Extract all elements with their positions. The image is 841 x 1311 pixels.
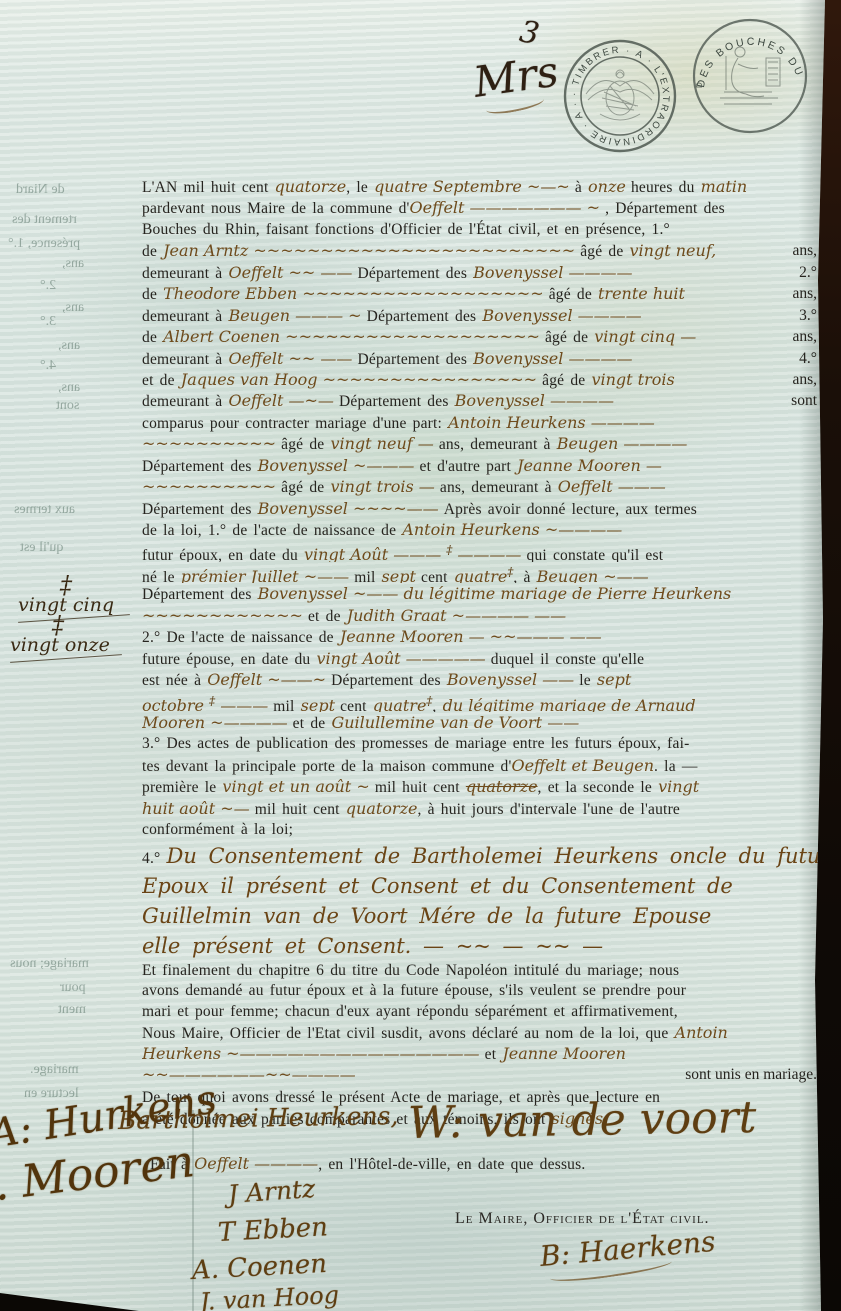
act-line: mari et pour femme; chacun d'eux ayant r…: [142, 1002, 821, 1023]
reference-mark: ‡: [52, 616, 122, 634]
act-line: est née à Oeffelt ~——~ Département des B…: [142, 669, 821, 690]
act-line: Département des Bovenyssel ~~~~—— Après …: [142, 498, 821, 519]
handwritten-text: Beugen ~——: [537, 567, 649, 583]
handwritten-text: Oeffelt ———: [558, 477, 666, 496]
handwritten-text: quatre: [454, 567, 508, 583]
printed-text: âgé de: [281, 479, 330, 496]
act-line: Département des Bovenyssel ~——— et d'aut…: [142, 455, 821, 476]
bleedthrough-text: rtement des: [12, 212, 77, 228]
bleedthrough-text: présence, 1.°: [8, 236, 80, 252]
printed-text: Département des: [142, 501, 258, 518]
printed-text: duquel il conste qu'elle: [491, 651, 645, 668]
printed-text: et de: [308, 608, 347, 625]
act-line: Département des Bovenyssel ~—— du légiti…: [142, 583, 821, 604]
printed-text: ans,: [792, 326, 817, 347]
printed-text: 3.° Des actes de publication des promess…: [142, 735, 689, 752]
printed-text: , et la seconde le: [538, 779, 659, 796]
bleedthrough-text: mariage.: [30, 1062, 79, 1078]
act-line: 4.° Du Consentement de Bartholemei Heurk…: [142, 841, 821, 871]
handwritten-text: Guilullemine van de Voort ——: [331, 713, 579, 732]
handwritten-text: Du Consentement de Bartholemei Heurkens …: [167, 844, 822, 868]
act-line: demeurant à Beugen ——— ~ Département des…: [142, 305, 821, 326]
printed-text: L'AN mil huit cent: [142, 179, 275, 196]
printed-text: de: [142, 243, 163, 260]
printed-text: est née à: [142, 672, 207, 689]
printed-text: Département des: [367, 308, 483, 325]
handwritten-text: Jean Arntz ~~~~~~~~~~~~~~~~~~~~~~~~: [163, 241, 580, 260]
signature: W: van de voort: [408, 1092, 757, 1149]
printed-text: âgé de: [549, 286, 598, 303]
svg-text:· TIMBRER · A · L'EXTRAORDINAI: · TIMBRER · A · L'EXTRAORDINAIRE · A ·: [569, 45, 671, 147]
act-line: tes devant la principale porte de la mai…: [142, 755, 821, 776]
margin-note: ‡vingt cinq: [18, 576, 130, 619]
paper-sheet: de Niardrtement desprésence, 1.°ans,2.°a…: [0, 0, 841, 1311]
handwritten-text: Jeanne Mooren —: [517, 456, 662, 475]
handwritten-text: elle présent et Consent. — ~~ — ~~ —: [142, 934, 603, 958]
margin-note-text: vingt cinq: [18, 594, 130, 616]
printed-text: à: [575, 179, 588, 196]
printed-text: âgé de: [545, 329, 594, 346]
stamp-bouches-du-rhin: DES BOUCHES DU RHIN D.: [688, 14, 812, 138]
printed-text: ans, demeurant à: [440, 479, 558, 496]
act-line: Nous Maire, Officier de l'Etat civil sus…: [142, 1023, 821, 1044]
bleedthrough-text: ment: [58, 1002, 86, 1018]
imperial-eagle-icon: [586, 70, 654, 120]
act-line: elle présent et Consent. — ~~ — ~~ —: [142, 931, 821, 961]
handwritten-text: Oeffelt ~~ ——: [228, 349, 357, 368]
printed-text: sont: [791, 390, 817, 411]
act-line: 3.° Des actes de publication des promess…: [142, 733, 821, 754]
handwritten-text: Bovenyssel ——: [447, 670, 579, 689]
bleedthrough-text: sont: [56, 398, 79, 414]
printed-text: mil: [354, 569, 381, 583]
handwritten-text: quatorze: [346, 799, 418, 818]
printed-text: et: [485, 1046, 503, 1063]
bleedthrough-text: de Niard: [16, 182, 65, 198]
printed-text: âgé de: [580, 243, 629, 260]
printed-text: , à huit jours d'intervale l'une de l'au…: [417, 801, 680, 818]
printed-text: , le: [346, 179, 374, 196]
handwritten-text: Albert Coenen ~~~~~~~~~~~~~~~~~~~: [163, 327, 545, 346]
handwritten-text: vingt Août —————: [316, 649, 490, 668]
stamp-right-ring-text: DES BOUCHES DU RHIN: [688, 14, 806, 89]
printed-text: 3.°: [799, 305, 817, 326]
bleedthrough-text: 3.°: [40, 314, 56, 330]
handwritten-text: Oeffelt et Beugen: [511, 756, 654, 775]
handwritten-text: Heurkens ~———————————————: [142, 1044, 485, 1063]
printed-text: , en l'Hôtel-de-ville, en date que dessu…: [318, 1156, 585, 1173]
signature: Mrs: [471, 46, 562, 106]
act-line: Mooren ~———— et de Guilullemine van de V…: [142, 712, 821, 733]
act-line: future épouse, en date du vingt Août ———…: [142, 648, 821, 669]
printed-text: le: [579, 672, 597, 689]
act-line: né le prémier Juillet ~—— mil sept cent …: [142, 562, 821, 583]
act-line: Bouches du Rhin, faisant fonctions d'Off…: [142, 219, 821, 240]
printed-text: Département des: [357, 351, 473, 368]
handwritten-text: Beugen ————: [557, 434, 688, 453]
act-line: de Theodore Ebben ~~~~~~~~~~~~~~~~~~ âgé…: [142, 283, 821, 304]
handwritten-text: Oeffelt ——————— ~: [410, 198, 606, 217]
stamp-right-side-text: D.: [695, 80, 704, 88]
handwritten-text: ~~~~~~~~~~: [142, 477, 281, 496]
handwritten-text: Oeffelt ————: [194, 1154, 318, 1173]
printed-text: de la loi, 1.° de l'acte de naissance de: [142, 522, 402, 539]
printed-text: ans, demeurant à: [439, 436, 557, 453]
printed-text: âgé de: [542, 372, 591, 389]
printed-text: Et finalement du chapitre 6 du titre du …: [142, 962, 679, 979]
printed-text: mil: [273, 698, 300, 712]
handwritten-text: Bovenyssel ~———: [258, 456, 420, 475]
handwritten-text: Bovenyssel ————: [473, 263, 632, 282]
act-line: Et finalement du chapitre 6 du titre du …: [142, 961, 821, 982]
handwritten-text: huit août ~—: [142, 799, 255, 818]
handwritten-text: Bovenyssel ————: [482, 306, 641, 325]
act-line: ~~~~~~~~~~ âgé de vingt trois — ans, dem…: [142, 476, 821, 497]
handwritten-text: Bovenyssel ~—— du légitime mariage de Pi…: [258, 584, 732, 603]
act-line: huit août ~— mil huit cent quatorze, à h…: [142, 798, 821, 819]
printed-text: 4.°: [799, 348, 817, 369]
printed-text: première le: [142, 779, 222, 796]
printed-text: Département des: [339, 393, 455, 410]
handwritten-text: Antoin Heurkens ————: [448, 413, 655, 432]
mayor-title: Le Maire, Officier de l'État civil.: [455, 1210, 710, 1228]
handwritten-text: vingt neuf,: [630, 241, 717, 260]
bleedthrough-text: 4.°: [40, 358, 56, 374]
handwritten-text: ~~~~~~~~~~~~: [142, 606, 308, 625]
printed-text: sont unis en mariage.: [685, 1065, 817, 1086]
handwritten-text: Bovenyssel ————: [455, 391, 614, 410]
handwritten-text: Mooren ~————: [142, 713, 293, 732]
act-line: première le vingt et un août ~ mil huit …: [142, 776, 821, 797]
printed-text: ans,: [792, 369, 817, 390]
printed-text: 4.°: [142, 850, 167, 867]
handwritten-text: sept: [597, 670, 631, 689]
svg-text:DES BOUCHES DU RHIN: DES BOUCHES DU RHIN: [688, 14, 806, 89]
act-line: ~~~~~~~~~~ âgé de vingt neuf — ans, deme…: [142, 433, 821, 454]
handwritten-text: Theodore Ebben ~~~~~~~~~~~~~~~~~~: [163, 284, 549, 303]
printed-text: mari et pour femme; chacun d'eux ayant r…: [142, 1003, 678, 1020]
printed-text: ,: [432, 698, 442, 712]
printed-text: ans,: [792, 240, 817, 261]
printed-text: cent: [421, 569, 454, 583]
act-line: avons demandé au futur époux et à la fut…: [142, 981, 821, 1002]
handwritten-text: Judith Graat ~———— ——: [347, 606, 566, 625]
handwritten-text: vingt et un août ~: [222, 777, 374, 796]
handwritten-text: ————: [452, 546, 526, 562]
printed-text: comparus pour contracter mariage d'une p…: [142, 415, 448, 432]
handwritten-text: Jaques van Hoog ~~~~~~~~~~~~~~~~: [181, 370, 542, 389]
reference-mark: ‡: [60, 576, 130, 594]
printed-text: âgé de: [281, 436, 330, 453]
handwritten-text: sept: [301, 696, 340, 712]
handwritten-text: Jeanne Mooren: [502, 1044, 626, 1063]
handwritten-text: du légitime mariage de Arnaud: [443, 696, 696, 712]
printed-text: future épouse, en date du: [142, 651, 316, 668]
handwritten-text: ~~~~~~~~~~: [142, 434, 281, 453]
handwritten-text: matin: [701, 177, 748, 196]
bleedthrough-text: aux termes: [14, 502, 75, 518]
handwritten-text: Beugen ——— ~: [228, 306, 366, 325]
printed-text: demeurant à: [142, 265, 228, 282]
handwritten-text: vingt trois: [591, 370, 674, 389]
signature: B: Haerkens: [539, 1225, 717, 1273]
printed-text: né le: [142, 569, 181, 583]
printed-text: , à: [513, 569, 536, 583]
handwritten-text: Oeffelt —~—: [228, 391, 339, 410]
handwritten-text: quatre Septembre ~—~: [374, 177, 575, 196]
handwritten-text: vingt trois —: [330, 477, 439, 496]
act-line: futur époux, en date du vingt Août ——— ‡…: [142, 540, 821, 561]
printed-text: qui constate qu'il est: [527, 548, 664, 562]
act-line: octobre ‡ ——— mil sept cent quatre‡, du …: [142, 691, 821, 712]
printed-text: futur époux, en date du: [142, 548, 304, 562]
act-line: 2.° De l'acte de naissance de Jeanne Moo…: [142, 626, 821, 647]
printed-text: Département des: [142, 586, 258, 603]
printed-text: 2.° De l'acte de naissance de: [142, 629, 340, 646]
bleedthrough-text: 2.°: [40, 278, 56, 294]
act-line: de la loi, 1.° de l'acte de naissance de…: [142, 519, 821, 540]
handwritten-text: quatorze: [466, 777, 538, 796]
bleedthrough-text: ans,: [58, 338, 80, 354]
margin-note: ‡vingt onze: [10, 616, 122, 659]
printed-text: conformément à la loi;: [142, 821, 293, 838]
handwritten-text: quatorze: [275, 177, 347, 196]
bleedthrough-text: pour: [60, 980, 86, 996]
signature: T Ebben: [217, 1212, 328, 1248]
act-line: demeurant à Oeffelt ~~ —— Département de…: [142, 262, 821, 283]
handwritten-text: vingt cinq —: [594, 327, 696, 346]
act-line: Heurkens ~——————————————— et Jeanne Moor…: [142, 1044, 821, 1065]
handwritten-text: sept: [382, 567, 421, 583]
printed-text: Bouches du Rhin, faisant fonctions d'Off…: [142, 221, 670, 238]
handwritten-text: ~~——————~~————: [142, 1065, 356, 1084]
printed-text: mil huit cent: [255, 801, 346, 818]
act-line: ~~——————~~———— sont unis en mariage.: [142, 1065, 821, 1086]
handwritten-text: Antoin Heurkens ~————: [402, 520, 622, 539]
printed-text: avons demandé au futur époux et à la fut…: [142, 982, 686, 999]
signature: J Arntz: [227, 1174, 316, 1209]
stamp-timbre-extraordinaire: · TIMBRER · A · L'EXTRAORDINAIRE · A ·: [560, 36, 680, 156]
printed-text: demeurant à: [142, 351, 228, 368]
handwritten-text: quatre: [373, 696, 427, 712]
signature: J. van Hoog: [199, 1281, 339, 1311]
scanned-document: de Niardrtement desprésence, 1.°ans,2.°a…: [0, 0, 841, 1311]
printed-text: et de: [293, 715, 332, 732]
printed-text: Après avoir donné lecture, aux termes: [444, 501, 697, 518]
handwritten-text: vingt neuf —: [330, 434, 438, 453]
handwritten-text: trente huit: [598, 284, 685, 303]
handwritten-text: Oeffelt ~~ ——: [228, 263, 357, 282]
printed-text: heures du: [631, 179, 701, 196]
signature: A. Coenen: [191, 1249, 328, 1286]
printed-text: , Département des: [605, 200, 725, 217]
handwritten-text: ———: [215, 696, 273, 712]
handwritten-text: octobre: [142, 696, 209, 712]
printed-text: cent: [340, 698, 373, 712]
printed-text: 2.°: [799, 262, 817, 283]
act-body: L'AN mil huit cent quatorze, le quatre S…: [142, 176, 821, 1174]
act-line: conformément à la loi;: [142, 819, 821, 840]
bleedthrough-text: ans,: [62, 300, 84, 316]
bleedthrough-text: ans,: [62, 256, 84, 272]
handwritten-text: Oeffelt ~——~: [207, 670, 331, 689]
handwritten-text: vingt Août ———: [304, 546, 446, 562]
act-line: et de Jaques van Hoog ~~~~~~~~~~~~~~~~ â…: [142, 369, 821, 390]
printed-text: demeurant à: [142, 393, 228, 410]
margin-note-text: vingt onze: [10, 634, 122, 656]
handwritten-text: prémier Juillet ~——: [181, 567, 354, 583]
printed-text: Nous Maire, Officier de l'Etat civil sus…: [142, 1025, 675, 1042]
handwritten-text: Guillelmin van de Voort Mére de la futur…: [142, 904, 711, 928]
act-line: demeurant à Oeffelt —~— Département des …: [142, 390, 821, 411]
printed-text: demeurant à: [142, 308, 228, 325]
printed-text: de: [142, 329, 163, 346]
printed-text: . la —: [654, 758, 698, 775]
act-line: Epoux il présent et Consent et du Consen…: [142, 871, 821, 901]
printed-text: pardevant nous Maire de la commune d': [142, 200, 410, 217]
handwritten-text: Antoin: [675, 1023, 728, 1042]
handwritten-text: vingt: [658, 777, 699, 796]
act-line: de Albert Coenen ~~~~~~~~~~~~~~~~~~~ âgé…: [142, 326, 821, 347]
handwritten-text: Bovenyssel ~~~~——: [258, 499, 444, 518]
bleedthrough-text: ans,: [58, 380, 80, 396]
printed-text: ans,: [792, 283, 817, 304]
bleedthrough-text: qu'il est: [20, 540, 63, 556]
act-line: pardevant nous Maire de la commune d'Oef…: [142, 197, 821, 218]
printed-text: et d'autre part: [419, 458, 517, 475]
printed-text: mil huit cent: [375, 779, 466, 796]
printed-text: Département des: [331, 672, 447, 689]
seated-figure-icon: [720, 47, 780, 104]
printed-text: tes devant la principale porte de la mai…: [142, 758, 511, 775]
act-line: comparus pour contracter mariage d'une p…: [142, 412, 821, 433]
bleedthrough-text: mariage; nous: [10, 956, 89, 972]
handwritten-text: Jeanne Mooren — ~~——— ——: [340, 627, 602, 646]
handwritten-text: onze: [588, 177, 631, 196]
printed-text: Département des: [142, 458, 258, 475]
act-line: de Jean Arntz ~~~~~~~~~~~~~~~~~~~~~~~~ â…: [142, 240, 821, 261]
act-line: ~~~~~~~~~~~~ et de Judith Graat ~———— ——: [142, 605, 821, 626]
act-line: demeurant à Oeffelt ~~ —— Département de…: [142, 348, 821, 369]
act-line: L'AN mil huit cent quatorze, le quatre S…: [142, 176, 821, 197]
signature: 3: [517, 14, 542, 52]
printed-text: Département des: [357, 265, 473, 282]
handwritten-text: Bovenyssel ————: [473, 349, 632, 368]
stamp-left-ring-text: · TIMBRER · A · L'EXTRAORDINAIRE · A ·: [569, 45, 671, 147]
printed-text: et de: [142, 372, 181, 389]
printed-text: de: [142, 286, 163, 303]
handwritten-text: Epoux il présent et Consent et du Consen…: [142, 874, 733, 898]
act-line: Guillelmin van de Voort Mére de la futur…: [142, 901, 821, 931]
act-line: Fait à Oeffelt ————, en l'Hôtel-de-ville…: [142, 1153, 821, 1174]
